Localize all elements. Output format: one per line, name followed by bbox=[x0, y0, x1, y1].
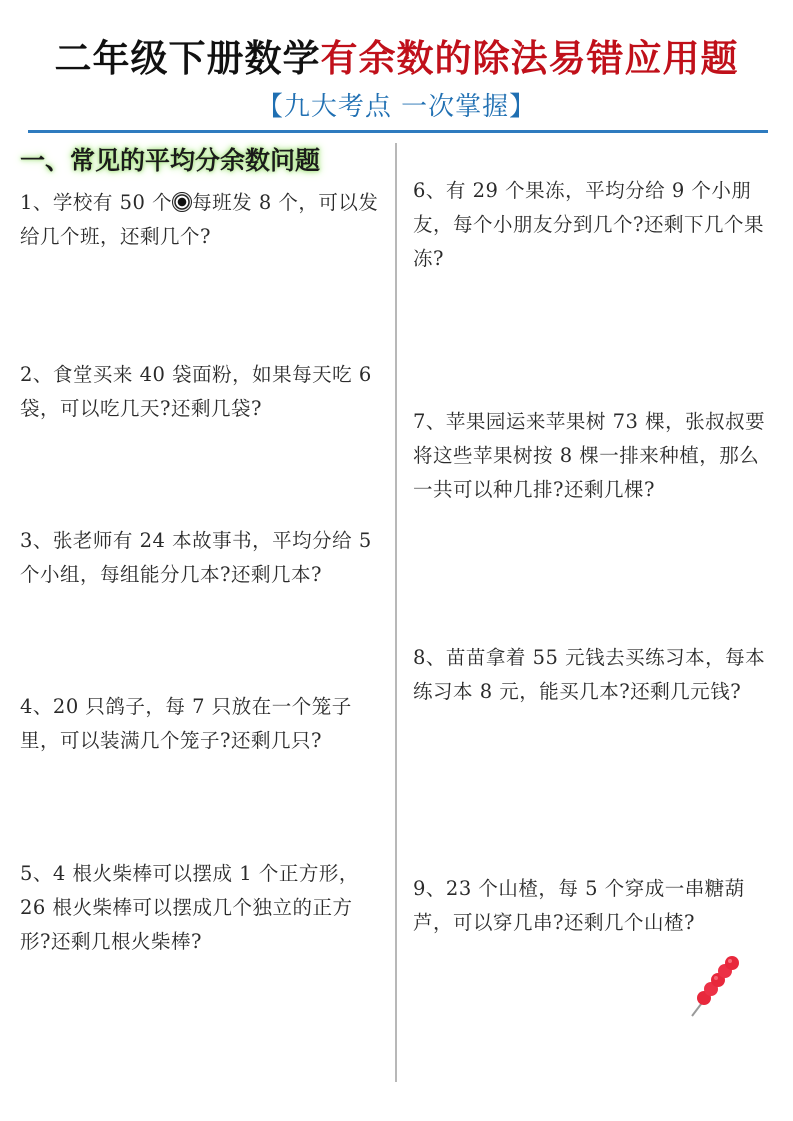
section-heading: 一、常见的平均分余数问题 bbox=[20, 143, 320, 179]
problem-2: 2、食堂买来 40 袋面粉，如果每天吃 6 袋，可以吃几天?还剩几袋? bbox=[20, 358, 382, 426]
title-black-part: 二年级下册数学 bbox=[55, 37, 321, 80]
column-divider bbox=[395, 143, 397, 1082]
title-red-part: 有余数的除法易错应用题 bbox=[321, 37, 739, 80]
soccer-ball-icon bbox=[172, 192, 192, 212]
tanghulu-icon bbox=[688, 950, 748, 1020]
problem-1-text-a: 1、学校有 50 个 bbox=[20, 191, 172, 214]
problem-7: 7、苹果园运来苹果树 73 棵，张叔叔要将这些苹果树按 8 棵一排来种植，那么一… bbox=[413, 405, 778, 507]
problem-1: 1、学校有 50 个每班发 8 个，可以发给几个班，还剩几个? bbox=[20, 186, 382, 254]
page-subtitle: 【九大考点 一次掌握】 bbox=[0, 90, 793, 124]
header-divider bbox=[28, 130, 768, 133]
problem-8: 8、苗苗拿着 55 元钱去买练习本，每本练习本 8 元，能买几本?还剩几元钱? bbox=[413, 641, 778, 709]
problem-5: 5、4 根火柴棒可以摆成 1 个正方形，26 根火柴棒可以摆成几个独立的正方形?… bbox=[20, 857, 382, 959]
problem-6: 6、有 29 个果冻，平均分给 9 个小朋友，每个小朋友分到几个?还剩下几个果冻… bbox=[413, 174, 778, 276]
problem-4: 4、20 只鸽子，每 7 只放在一个笼子里，可以装满几个笼子?还剩几只? bbox=[20, 690, 382, 758]
page-title: 二年级下册数学有余数的除法易错应用题 bbox=[0, 36, 793, 82]
problem-9: 9、23 个山楂，每 5 个穿成一串糖葫芦，可以穿几串?还剩几个山楂? bbox=[413, 872, 778, 940]
problem-3: 3、张老师有 24 本故事书，平均分给 5 个小组，每组能分几本?还剩几本? bbox=[20, 524, 382, 592]
